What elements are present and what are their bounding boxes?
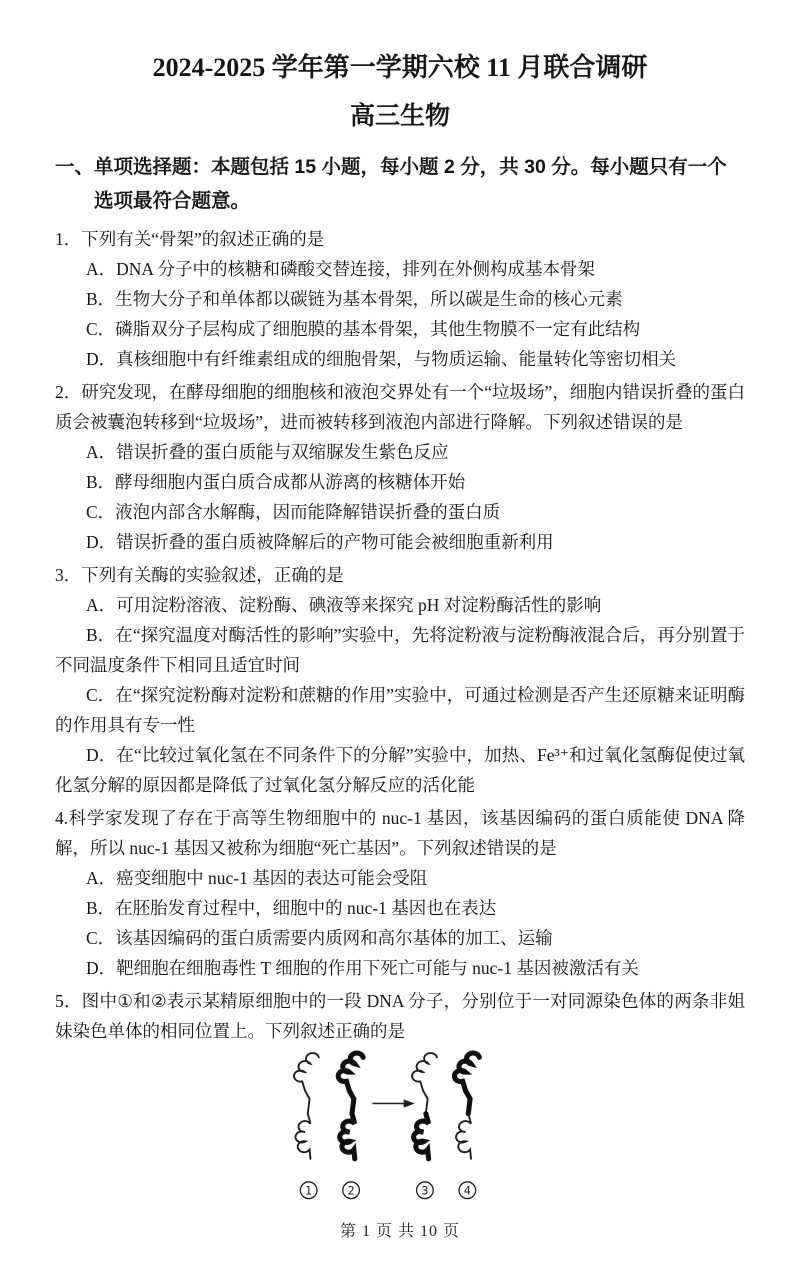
question-3-option-c: C．在“探究淀粉酶对淀粉和蔗糖的作用”实验中，可通过检测是否产生还原糖来证明酶的… xyxy=(55,680,745,740)
chromatid-3 xyxy=(412,1053,437,1159)
page-content: 2024-2025 学年第一学期六校 11 月联合调研 高三生物 一、单项选择题… xyxy=(0,0,800,1205)
question-3-option-b: B．在“探究温度对酶活性的影响”实验中，先将淀粉液与淀粉酶液混合后，再分别置于不… xyxy=(55,620,745,680)
question-2-stem: 2．研究发现，在酵母细胞的细胞核和液泡交界处有一个“垃圾场”，细胞内错误折叠的蛋… xyxy=(55,377,745,437)
question-2: 2．研究发现，在酵母细胞的细胞核和液泡交界处有一个“垃圾场”，细胞内错误折叠的蛋… xyxy=(55,377,745,557)
question-1-option-c: C．磷脂双分子层构成了细胞膜的基本骨架，其他生物膜不一定有此结构 xyxy=(55,314,745,344)
question-1-text: 下列有关“骨架”的叙述正确的是 xyxy=(81,229,324,249)
figure-label-3: 3 xyxy=(421,1184,428,1197)
chromatid-4-top xyxy=(454,1053,479,1114)
question-1-option-b: B．生物大分子和单体都以碳链为基本骨架，所以碳是生命的核心元素 xyxy=(55,284,745,314)
chromatid-2-bottom xyxy=(340,1114,355,1159)
question-2-text: 研究发现，在酵母细胞的细胞核和液泡交界处有一个“垃圾场”，细胞内错误折叠的蛋白质… xyxy=(55,382,745,432)
question-3-text: 下列有关酶的实验叙述，正确的是 xyxy=(81,565,344,585)
chromatid-4-bottom xyxy=(456,1114,471,1159)
question-3-option-a: A．可用淀粉溶液、淀粉酶、碘液等来探究 pH 对淀粉酶活性的影响 xyxy=(55,590,745,620)
question-5-stem: 5．图中①和②表示某精原细胞中的一段 DNA 分子，分别位于一对同源染色体的两条… xyxy=(55,986,745,1046)
figure-labels: 1 2 3 4 xyxy=(300,1182,475,1199)
arrow-icon xyxy=(372,1099,414,1107)
question-2-option-b: B．酵母细胞内蛋白质合成都从游离的核糖体开始 xyxy=(55,467,745,497)
question-2-option-a: A．错误折叠的蛋白质能与双缩脲发生紫色反应 xyxy=(55,437,745,467)
question-4-option-d: D．靶细胞在细胞毒性 T 细胞的作用下死亡可能与 nuc-1 基因被激活有关 xyxy=(55,953,745,983)
page-footer: 第 1 页 共 10 页 xyxy=(0,1218,800,1241)
figure-label-4: 4 xyxy=(464,1184,471,1197)
question-3-stem: 3．下列有关酶的实验叙述，正确的是 xyxy=(55,560,745,590)
question-3: 3．下列有关酶的实验叙述，正确的是 A．可用淀粉溶液、淀粉酶、碘液等来探究 pH… xyxy=(55,560,745,800)
dna-crossover-figure: 1 2 3 4 xyxy=(284,1050,516,1205)
question-4-text: 科学家发现了存在于高等生物细胞中的 nuc-1 基因，该基因编码的蛋白质能使 D… xyxy=(55,808,745,858)
question-4-stem: 4.科学家发现了存在于高等生物细胞中的 nuc-1 基因，该基因编码的蛋白质能使… xyxy=(55,803,745,863)
question-2-option-c: C．液泡内部含水解酶，因而能降解错误折叠的蛋白质 xyxy=(55,497,745,527)
chromatid-1-top xyxy=(294,1053,319,1114)
chromatid-2-top xyxy=(338,1053,363,1114)
chromatid-4 xyxy=(454,1053,479,1159)
chromatid-2 xyxy=(338,1053,363,1159)
chromatid-1-bottom xyxy=(295,1114,310,1159)
arrow-head xyxy=(404,1099,415,1107)
question-4-option-b: B．在胚胎发育过程中，细胞中的 nuc-1 基因也在表达 xyxy=(55,893,745,923)
chromatid-3-bottom xyxy=(414,1114,429,1159)
question-1-option-a: A．DNA 分子中的核糖和磷酸交替连接，排列在外侧构成基本骨架 xyxy=(55,254,745,284)
question-1-stem: 1．下列有关“骨架”的叙述正确的是 xyxy=(55,224,745,254)
figure-label-1: 1 xyxy=(305,1184,312,1197)
question-5-text: 图中①和②表示某精原细胞中的一段 DNA 分子，分别位于一对同源染色体的两条非姐… xyxy=(55,991,745,1041)
question-1: 1．下列有关“骨架”的叙述正确的是 A．DNA 分子中的核糖和磷酸交替连接，排列… xyxy=(55,224,745,374)
question-1-option-d: D．真核细胞中有纤维素组成的细胞骨架，与物质运输、能量转化等密切相关 xyxy=(55,344,745,374)
page-subtitle: 高三生物 xyxy=(55,100,745,134)
question-4: 4.科学家发现了存在于高等生物细胞中的 nuc-1 基因，该基因编码的蛋白质能使… xyxy=(55,803,745,983)
chromatid-3-top xyxy=(412,1053,437,1114)
question-5-number: 5． xyxy=(55,991,82,1011)
exam-page: 2024-2025 学年第一学期六校 11 月联合调研 高三生物 一、单项选择题… xyxy=(0,0,800,1281)
question-3-number: 3． xyxy=(55,565,81,585)
question-2-number: 2． xyxy=(55,382,81,402)
chromatid-diagram: 1 2 3 4 xyxy=(284,1050,516,1205)
question-4-option-a: A．癌变细胞中 nuc-1 基因的表达可能会受阻 xyxy=(55,863,745,893)
page-title: 2024-2025 学年第一学期六校 11 月联合调研 xyxy=(55,50,745,86)
question-4-number: 4. xyxy=(55,808,68,828)
question-4-option-c: C．该基因编码的蛋白质需要内质网和高尔基体的加工、运输 xyxy=(55,923,745,953)
question-1-number: 1． xyxy=(55,229,81,249)
question-3-option-d: D．在“比较过氧化氢在不同条件下的分解”实验中，加热、Fe³⁺和过氧化氢酶促使过… xyxy=(55,740,745,800)
figure-label-2: 2 xyxy=(348,1184,355,1197)
question-2-option-d: D．错误折叠的蛋白质被降解后的产物可能会被细胞重新利用 xyxy=(55,527,745,557)
section-heading: 一、单项选择题：本题包括 15 小题，每小题 2 分，共 30 分。每小题只有一… xyxy=(55,150,745,218)
chromatid-1 xyxy=(294,1053,319,1159)
question-5: 5．图中①和②表示某精原细胞中的一段 DNA 分子，分别位于一对同源染色体的两条… xyxy=(55,986,745,1046)
